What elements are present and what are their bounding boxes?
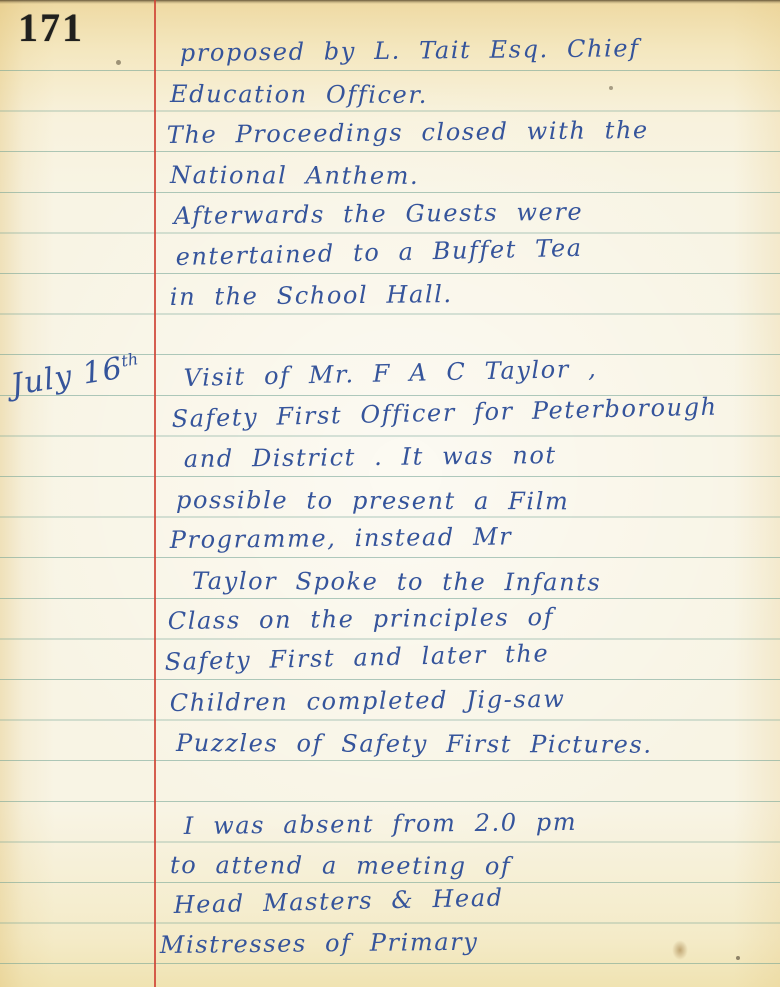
- handwritten-line: I was absent from 2.0 pm: [184, 806, 578, 842]
- page-number: 171: [18, 4, 84, 51]
- handwritten-line: Afterwards the Guests were: [174, 196, 584, 232]
- handwritten-line: and District . It was not: [184, 439, 557, 475]
- handwritten-line: in the School Hall.: [170, 278, 453, 313]
- handwritten-line: Children completed Jig-saw: [170, 683, 566, 719]
- paper-speck: [736, 956, 740, 960]
- handwritten-line: Puzzles of Safety First Pictures.: [176, 727, 653, 761]
- paper-speck: [609, 86, 613, 90]
- handwritten-line: possible to present a Film: [176, 484, 569, 517]
- paper-speck: [116, 60, 121, 65]
- handwritten-line: Class on the principles of: [168, 601, 555, 637]
- handwritten-line: to attend a meeting of: [170, 849, 512, 882]
- logbook-page: 171 July 16th proposed by L. Tait Esq. C…: [0, 0, 780, 987]
- handwritten-line: Education Officer.: [170, 78, 428, 111]
- handwritten-line: National Anthem.: [170, 159, 419, 192]
- handwritten-line: The Proceedings closed with the: [167, 114, 649, 151]
- handwritten-line: proposed by L. Tait Esq. Chief: [180, 32, 640, 69]
- margin-rule-line: [154, 0, 156, 987]
- handwritten-line: Taylor Spoke to the Infants: [192, 565, 601, 598]
- handwritten-line: Programme, instead Mr: [170, 520, 513, 556]
- margin-date-suffix: th: [120, 349, 140, 370]
- handwritten-line: Mistresses of Primary: [160, 926, 479, 961]
- paper-stain: [672, 940, 688, 960]
